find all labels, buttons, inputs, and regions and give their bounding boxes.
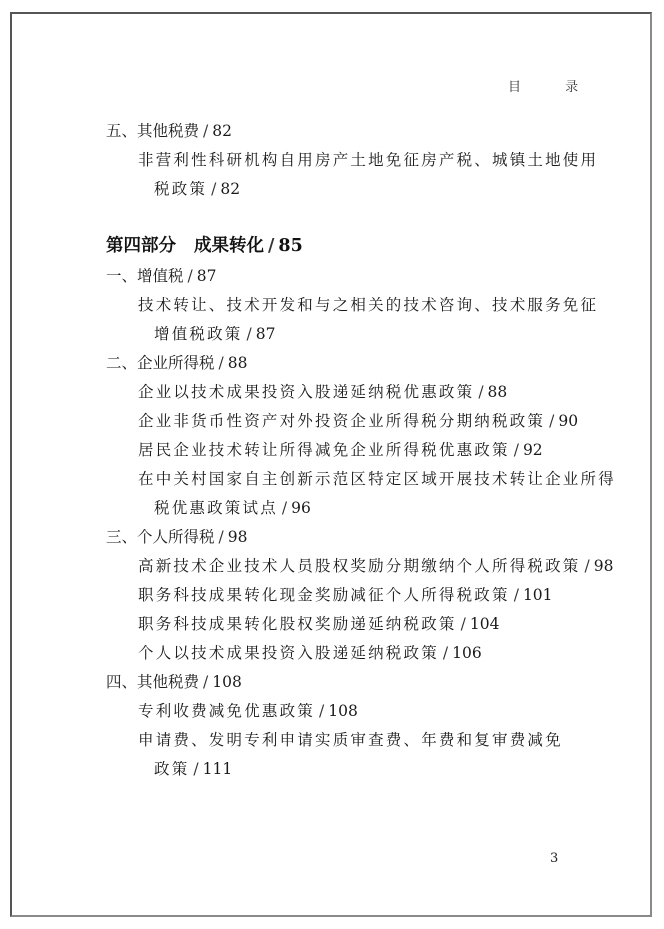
toc-separator: / (443, 644, 448, 662)
toc-separator: / (211, 180, 216, 198)
toc-page: 82 (220, 180, 240, 198)
toc-entry-text: 申请费、发明专利申请实质审查费、年费和复审费减免 (138, 731, 563, 749)
toc-entry-text: 技术转让、技术开发和与之相关的技术咨询、技术服务免征 (138, 296, 598, 314)
part-title: 成果转化 (194, 236, 264, 256)
toc-separator: / (514, 586, 519, 604)
toc-separator: / (549, 412, 554, 430)
toc-separator: / (282, 499, 287, 517)
toc-entry-text: 职务科技成果转化股权奖励递延纳税政策 (138, 615, 457, 633)
toc-label: 二、企业所得税 (106, 354, 215, 372)
toc-page: 96 (291, 499, 311, 517)
toc-page: 92 (523, 441, 543, 459)
toc-separator: / (193, 760, 198, 778)
toc-page: 87 (256, 325, 276, 343)
toc-entry[interactable]: 申请费、发明专利申请实质审查费、年费和复审费减免 (138, 730, 563, 750)
toc-separator: / (319, 702, 324, 720)
toc-separator: / (219, 354, 224, 372)
toc-entry-text: 非营利性科研机构自用房产土地免征房产税、城镇土地使用 (138, 151, 598, 169)
toc-entry-text: 政策 (154, 760, 189, 778)
toc-page: 88 (488, 383, 508, 401)
toc-page: 85 (278, 236, 302, 256)
toc-entry[interactable]: 居民企业技术转让所得减免企业所得税优惠政策/92 (138, 440, 543, 460)
page-frame (10, 12, 652, 917)
toc-label: 四、其他税费 (106, 673, 199, 691)
toc-page: 108 (328, 702, 358, 720)
toc-entry-continuation[interactable]: 税优惠政策试点/96 (154, 498, 311, 518)
toc-separator: / (188, 267, 193, 285)
toc-separator: / (247, 325, 252, 343)
toc-section-heading[interactable]: 三、个人所得税/98 (106, 527, 247, 547)
toc-entry[interactable]: 个人以技术成果投资入股递延纳税政策/106 (138, 643, 482, 663)
toc-separator: / (461, 615, 466, 633)
toc-entry[interactable]: 专利收费减免优惠政策/108 (138, 701, 358, 721)
toc-page: 111 (203, 760, 233, 778)
toc-separator: / (478, 383, 483, 401)
part-label: 第四部分 (106, 236, 176, 256)
toc-entry[interactable]: 在中关村国家自主创新示范区特定区域开展技术转让企业所得 (138, 469, 616, 489)
toc-page: 90 (558, 412, 578, 430)
toc-entry-text: 高新技术企业技术人员股权奖励分期缴纳个人所得税政策 (138, 557, 581, 575)
toc-entry-continuation[interactable]: 增值税政策/87 (154, 324, 275, 344)
toc-separator: / (268, 236, 274, 256)
toc-separator: / (514, 441, 519, 459)
toc-entry-text: 税政策 (154, 180, 207, 198)
toc-entry[interactable]: 技术转让、技术开发和与之相关的技术咨询、技术服务免征 (138, 295, 598, 315)
toc-entry-text: 在中关村国家自主创新示范区特定区域开展技术转让企业所得 (138, 470, 616, 488)
toc-entry-text: 居民企业技术转让所得减免企业所得税优惠政策 (138, 441, 510, 459)
toc-separator: / (219, 528, 224, 546)
toc-entry-text: 企业以技术成果投资入股递延纳税优惠政策 (138, 383, 474, 401)
toc-page: 87 (197, 267, 217, 285)
toc-section-heading[interactable]: 四、其他税费/108 (106, 672, 242, 692)
toc-page: 106 (452, 644, 482, 662)
toc-entry[interactable]: 企业以技术成果投资入股递延纳税优惠政策/88 (138, 382, 507, 402)
toc-entry-text: 税优惠政策试点 (154, 499, 278, 517)
toc-entry[interactable]: 非营利性科研机构自用房产土地免征房产税、城镇土地使用 (138, 150, 598, 170)
toc-page: 101 (523, 586, 553, 604)
toc-section-heading[interactable]: 一、增值税/87 (106, 266, 216, 286)
toc-label: 三、个人所得税 (106, 528, 215, 546)
toc-part-heading[interactable]: 第四部分成果转化/85 (106, 236, 303, 256)
toc-entry[interactable]: 企业非货币性资产对外投资企业所得税分期纳税政策/90 (138, 411, 578, 431)
toc-separator: / (203, 122, 208, 140)
toc-section-heading[interactable]: 五、其他税费/82 (106, 121, 232, 141)
page-number: 3 (550, 851, 558, 866)
toc-entry-text: 个人以技术成果投资入股递延纳税政策 (138, 644, 439, 662)
toc-page: 88 (228, 354, 248, 372)
toc-section-heading[interactable]: 二、企业所得税/88 (106, 353, 247, 373)
toc-entry[interactable]: 职务科技成果转化现金奖励减征个人所得税政策/101 (138, 585, 553, 605)
running-header: 目 录 (508, 76, 598, 95)
toc-page: 98 (228, 528, 248, 546)
toc-entry-continuation[interactable]: 税政策/82 (154, 179, 240, 199)
toc-entry-text: 专利收费减免优惠政策 (138, 702, 315, 720)
toc-label: 一、增值税 (106, 267, 184, 285)
toc-page: 104 (470, 615, 500, 633)
toc-page: 108 (212, 673, 242, 691)
toc-entry-text: 职务科技成果转化现金奖励减征个人所得税政策 (138, 586, 510, 604)
toc-page: 98 (594, 557, 614, 575)
toc-label: 五、其他税费 (106, 122, 199, 140)
toc-separator: / (203, 673, 208, 691)
toc-entry-continuation[interactable]: 政策/111 (154, 759, 232, 779)
toc-separator: / (585, 557, 590, 575)
toc-entry-text: 企业非货币性资产对外投资企业所得税分期纳税政策 (138, 412, 545, 430)
toc-entry[interactable]: 职务科技成果转化股权奖励递延纳税政策/104 (138, 614, 499, 634)
toc-entry-text: 增值税政策 (154, 325, 243, 343)
toc-page: 82 (212, 122, 232, 140)
toc-entry[interactable]: 高新技术企业技术人员股权奖励分期缴纳个人所得税政策/98 (138, 556, 613, 576)
